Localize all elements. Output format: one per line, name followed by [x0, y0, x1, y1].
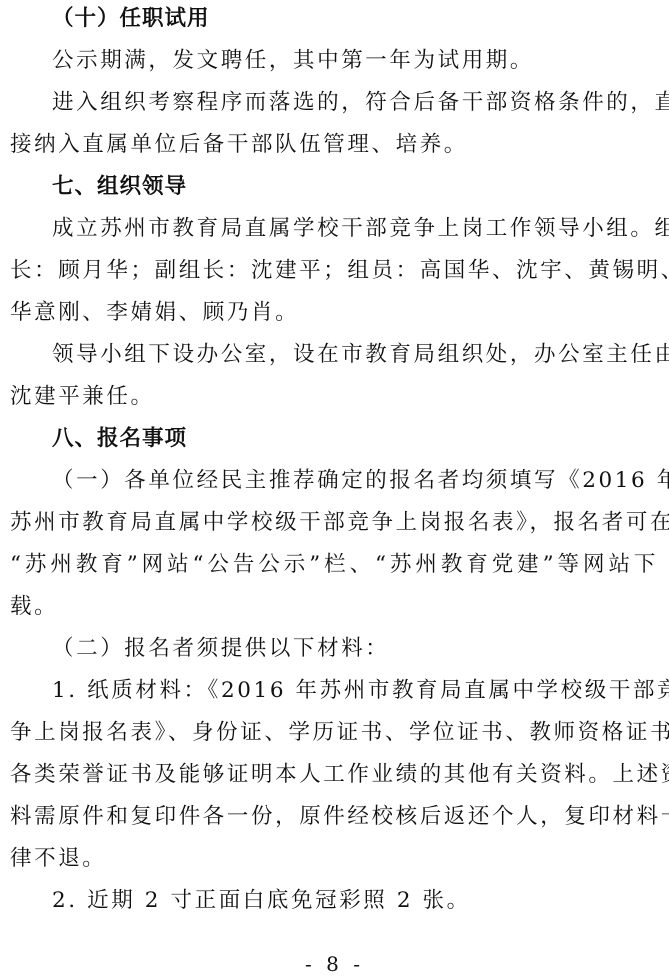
paragraph-line: 华意刚、李婧娟、顾乃肖。 [10, 298, 658, 328]
paragraph-line: 长：顾月华；副组长：沈建平；组员：高国华、沈宇、黄锡明、 [10, 256, 658, 286]
section-heading-organization-leadership: 七、组织领导 [52, 172, 658, 202]
paragraph-line: 接纳入直属单位后备干部队伍管理、培养。 [10, 130, 658, 160]
paragraph-line: 进入组织考察程序而落选的，符合后备干部资格条件的，直 [52, 88, 658, 118]
paragraph-line: “苏州教育”网站“公告公示”栏、“苏州教育党建”等网站下 [10, 550, 658, 580]
paragraph-line: （一）各单位经民主推荐确定的报名者均须填写《2016 年 [52, 466, 658, 496]
document-page: （十）任职试用 公示期满，发文聘任，其中第一年为试用期。 进入组织考察程序而落选… [0, 0, 669, 980]
paragraph-line: 苏州市教育局直属中学校级干部竞争上岗报名表》，报名者可在 [10, 508, 658, 538]
paragraph-line: 领导小组下设办公室，设在市教育局组织处，办公室主任由 [52, 340, 658, 370]
paragraph-line: 2. 近期 2 寸正面白底免冠彩照 2 张。 [52, 886, 658, 916]
page-number: - 8 - [0, 952, 669, 976]
paragraph-line: 成立苏州市教育局直属学校干部竞争上岗工作领导小组。组 [52, 214, 658, 244]
paragraph-line: 载。 [10, 592, 658, 622]
paragraph-line: （二）报名者须提供以下材料： [52, 634, 658, 664]
section-heading-trial-appointment: （十）任职试用 [52, 4, 658, 34]
section-heading-registration: 八、报名事项 [52, 424, 658, 454]
paragraph-line: 律不退。 [10, 844, 658, 874]
paragraph-line: 各类荣誉证书及能够证明本人工作业绩的其他有关资料。上述资 [10, 760, 658, 790]
paragraph-line: 公示期满，发文聘任，其中第一年为试用期。 [52, 46, 658, 76]
paragraph-line: 争上岗报名表》、身份证、学历证书、学位证书、教师资格证书、 [10, 718, 658, 748]
paragraph-line: 1. 纸质材料：《2016 年苏州市教育局直属中学校级干部竞 [52, 676, 658, 706]
paragraph-line: 沈建平兼任。 [10, 382, 658, 412]
paragraph-line: 料需原件和复印件各一份，原件经校核后返还个人，复印材料一 [10, 802, 658, 832]
